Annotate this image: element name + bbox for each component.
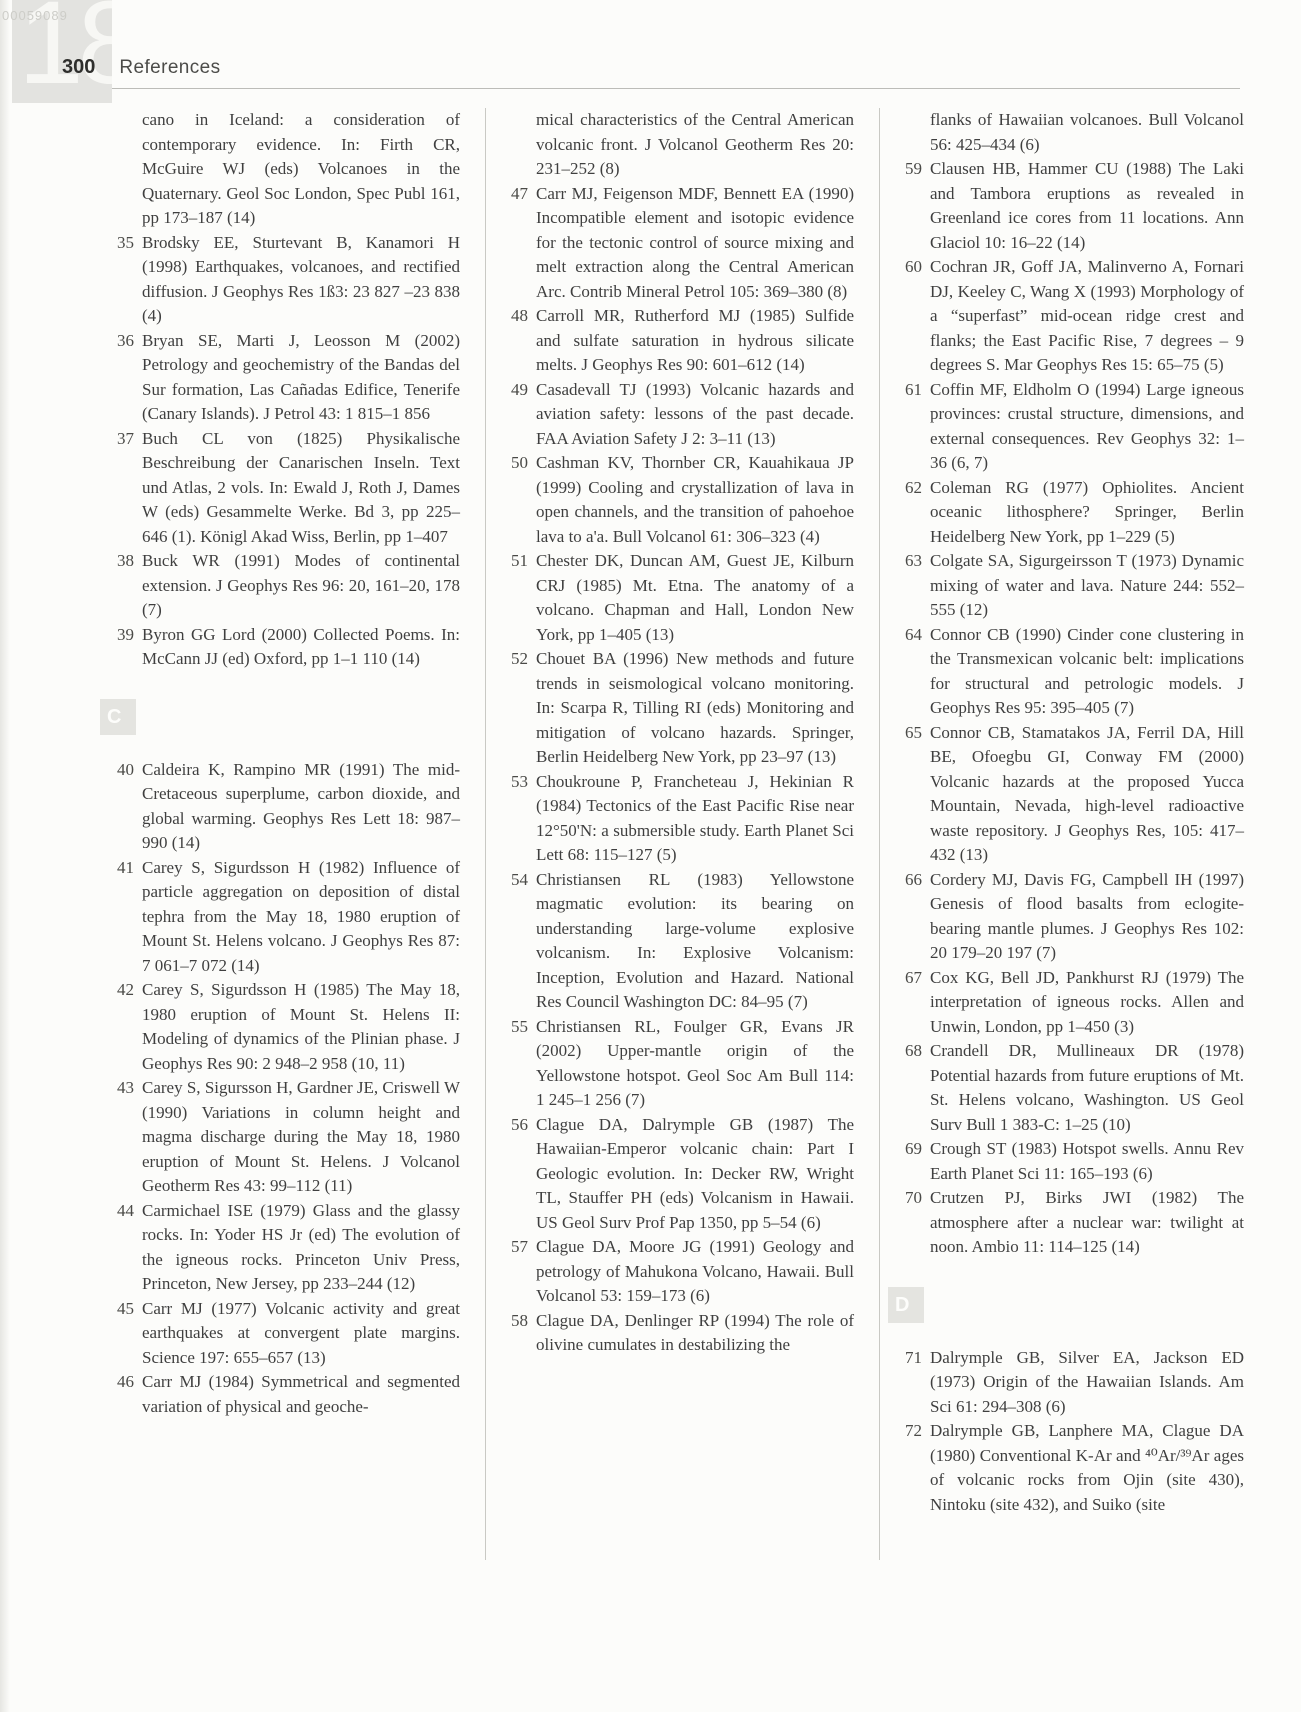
reference-text: Cochran JR, Goff JA, Malinverno A, Forna… bbox=[930, 255, 1244, 378]
page-number: 300 bbox=[62, 56, 95, 78]
reference-text: Carmichael ISE (1979) Glass and the glas… bbox=[142, 1199, 460, 1297]
reference-text: Colgate SA, Sigurgeirsson T (1973) Dynam… bbox=[930, 549, 1244, 623]
reference-number: 54 bbox=[506, 868, 536, 893]
reference-entry: 44Carmichael ISE (1979) Glass and the gl… bbox=[112, 1199, 460, 1297]
reference-text: Buch CL von (1825) Physikalische Beschre… bbox=[142, 427, 460, 550]
reference-entry: 61Coffin MF, Eldholm O (1994) Large igne… bbox=[900, 378, 1244, 476]
reference-entry: 45Carr MJ (1977) Volcanic activity and g… bbox=[112, 1297, 460, 1371]
page-header: 300References bbox=[62, 56, 221, 79]
book-page: 00059089 18 300References cano in Icelan… bbox=[0, 0, 1301, 1712]
reference-entry: 67Cox KG, Bell JD, Pankhurst RJ (1979) T… bbox=[900, 966, 1244, 1040]
reference-text: Connor CB (1990) Cinder cone clustering … bbox=[930, 623, 1244, 721]
reference-text: Chouet BA (1996) New methods and future … bbox=[536, 647, 854, 770]
reference-number: 44 bbox=[112, 1199, 142, 1224]
references-column-3: flanks of Hawaiian volcanoes. Bull Volca… bbox=[900, 108, 1244, 1517]
reference-entry: 53Choukroune P, Francheteau J, Hekinian … bbox=[506, 770, 854, 868]
reference-text: Casadevall TJ (1993) Volcanic hazards an… bbox=[536, 378, 854, 452]
reference-entry: 63Colgate SA, Sigurgeirsson T (1973) Dyn… bbox=[900, 549, 1244, 623]
reference-entry: 72Dalrymple GB, Lanphere MA, Clague DA (… bbox=[900, 1419, 1244, 1517]
reference-text: Christiansen RL, Foulger GR, Evans JR (2… bbox=[536, 1015, 854, 1113]
reference-entry: mical characteristics of the Central Ame… bbox=[506, 108, 854, 182]
reference-text: Carroll MR, Rutherford MJ (1985) Sulfide… bbox=[536, 304, 854, 378]
reference-entry: 57Clague DA, Moore JG (1991) Geology and… bbox=[506, 1235, 854, 1309]
reference-entry: 48Carroll MR, Rutherford MJ (1985) Sulfi… bbox=[506, 304, 854, 378]
reference-entry: cano in Iceland: a consideration of cont… bbox=[112, 108, 460, 231]
reference-entry: 58Clague DA, Denlinger RP (1994) The rol… bbox=[506, 1309, 854, 1358]
reference-entry: 51Chester DK, Duncan AM, Guest JE, Kilbu… bbox=[506, 549, 854, 647]
reference-entry: 54Christiansen RL (1983) Yellowstone mag… bbox=[506, 868, 854, 1015]
reference-text: Carey S, Sigurdsson H (1985) The May 18,… bbox=[142, 978, 460, 1076]
reference-text: mical characteristics of the Central Ame… bbox=[536, 108, 854, 182]
reference-entry: 56Clague DA, Dalrymple GB (1987) The Haw… bbox=[506, 1113, 854, 1236]
reference-entry: 52Chouet BA (1996) New methods and futur… bbox=[506, 647, 854, 770]
reference-entry: 55Christiansen RL, Foulger GR, Evans JR … bbox=[506, 1015, 854, 1113]
reference-entry: 40Caldeira K, Rampino MR (1991) The mid-… bbox=[112, 758, 460, 856]
reference-entry: 37Buch CL von (1825) Physikalische Besch… bbox=[112, 427, 460, 550]
reference-text: Coffin MF, Eldholm O (1994) Large igneou… bbox=[930, 378, 1244, 476]
reference-number: 65 bbox=[900, 721, 930, 746]
reference-entry: 43Carey S, Sigursson H, Gardner JE, Cris… bbox=[112, 1076, 460, 1199]
reference-text: Carr MJ, Feigenson MDF, Bennett EA (1990… bbox=[536, 182, 854, 305]
reference-number: 62 bbox=[900, 476, 930, 501]
reference-text: cano in Iceland: a consideration of cont… bbox=[142, 108, 460, 231]
reference-entry: 39Byron GG Lord (2000) Collected Poems. … bbox=[112, 623, 460, 672]
reference-number: 45 bbox=[112, 1297, 142, 1322]
reference-text: Cashman KV, Thornber CR, Kauahikaua JP (… bbox=[536, 451, 854, 549]
reference-number: 42 bbox=[112, 978, 142, 1003]
reference-number: 51 bbox=[506, 549, 536, 574]
reference-entry: 64Connor CB (1990) Cinder cone clusterin… bbox=[900, 623, 1244, 721]
reference-number: 39 bbox=[112, 623, 142, 648]
reference-entry: 41Carey S, Sigurdsson H (1982) Influence… bbox=[112, 856, 460, 979]
reference-text: Carr MJ (1984) Symmetrical and segmented… bbox=[142, 1370, 460, 1419]
reference-text: flanks of Hawaiian volcanoes. Bull Volca… bbox=[930, 108, 1244, 157]
reference-number: 46 bbox=[112, 1370, 142, 1395]
reference-entry: 65Connor CB, Stamatakos JA, Ferril DA, H… bbox=[900, 721, 1244, 868]
reference-text: Christiansen RL (1983) Yellowstone magma… bbox=[536, 868, 854, 1015]
reference-entry: 36Bryan SE, Marti J, Leosson M (2002) Pe… bbox=[112, 329, 460, 427]
reference-number: 43 bbox=[112, 1076, 142, 1101]
reference-number: 57 bbox=[506, 1235, 536, 1260]
section-marker: C bbox=[100, 699, 136, 735]
reference-text: Clague DA, Denlinger RP (1994) The role … bbox=[536, 1309, 854, 1358]
reference-number: 64 bbox=[900, 623, 930, 648]
reference-entry: 60Cochran JR, Goff JA, Malinverno A, For… bbox=[900, 255, 1244, 378]
reference-number: 55 bbox=[506, 1015, 536, 1040]
reference-entry: 62Coleman RG (1977) Ophiolites. Ancient … bbox=[900, 476, 1244, 550]
reference-text: Chester DK, Duncan AM, Guest JE, Kilburn… bbox=[536, 549, 854, 647]
reference-number: 63 bbox=[900, 549, 930, 574]
reference-number: 35 bbox=[112, 231, 142, 256]
reference-text: Brodsky EE, Sturtevant B, Kanamori H (19… bbox=[142, 231, 460, 329]
reference-number: 66 bbox=[900, 868, 930, 893]
reference-number: 61 bbox=[900, 378, 930, 403]
reference-number: 38 bbox=[112, 549, 142, 574]
reference-number: 67 bbox=[900, 966, 930, 991]
reference-number: 53 bbox=[506, 770, 536, 795]
reference-text: Crutzen PJ, Birks JWI (1982) The atmosph… bbox=[930, 1186, 1244, 1260]
reference-number: 56 bbox=[506, 1113, 536, 1138]
reference-entry: 46Carr MJ (1984) Symmetrical and segment… bbox=[112, 1370, 460, 1419]
reference-text: Carey S, Sigursson H, Gardner JE, Criswe… bbox=[142, 1076, 460, 1199]
reference-number: 48 bbox=[506, 304, 536, 329]
reference-number: 60 bbox=[900, 255, 930, 280]
reference-number: 40 bbox=[112, 758, 142, 783]
reference-number: 52 bbox=[506, 647, 536, 672]
reference-entry: flanks of Hawaiian volcanoes. Bull Volca… bbox=[900, 108, 1244, 157]
reference-number: 69 bbox=[900, 1137, 930, 1162]
reference-text: Bryan SE, Marti J, Leosson M (2002) Petr… bbox=[142, 329, 460, 427]
reference-entry: 70Crutzen PJ, Birks JWI (1982) The atmos… bbox=[900, 1186, 1244, 1260]
scan-edge-artifact bbox=[0, 0, 10, 1712]
reference-entry: 50Cashman KV, Thornber CR, Kauahikaua JP… bbox=[506, 451, 854, 549]
reference-entry: 42Carey S, Sigurdsson H (1985) The May 1… bbox=[112, 978, 460, 1076]
reference-entry: 69Crough ST (1983) Hotspot swells. Annu … bbox=[900, 1137, 1244, 1186]
reference-number: 50 bbox=[506, 451, 536, 476]
reference-number: 41 bbox=[112, 856, 142, 881]
reference-number: 49 bbox=[506, 378, 536, 403]
column-divider-right bbox=[879, 108, 880, 1560]
section-marker: D bbox=[888, 1287, 924, 1323]
section-letter: D bbox=[888, 1287, 924, 1323]
reference-entry: 38Buck WR (1991) Modes of continental ex… bbox=[112, 549, 460, 623]
reference-text: Cox KG, Bell JD, Pankhurst RJ (1979) The… bbox=[930, 966, 1244, 1040]
reference-text: Coleman RG (1977) Ophiolites. Ancient oc… bbox=[930, 476, 1244, 550]
reference-text: Dalrymple GB, Lanphere MA, Clague DA (19… bbox=[930, 1419, 1244, 1517]
reference-number: 59 bbox=[900, 157, 930, 182]
reference-entry: 68Crandell DR, Mullineaux DR (1978) Pote… bbox=[900, 1039, 1244, 1137]
reference-text: Connor CB, Stamatakos JA, Ferril DA, Hil… bbox=[930, 721, 1244, 868]
reference-number: 36 bbox=[112, 329, 142, 354]
references-column-2: mical characteristics of the Central Ame… bbox=[506, 108, 854, 1358]
reference-number: 58 bbox=[506, 1309, 536, 1334]
reference-text: Buck WR (1991) Modes of continental exte… bbox=[142, 549, 460, 623]
section-letter: C bbox=[100, 699, 136, 735]
reference-entry: 47Carr MJ, Feigenson MDF, Bennett EA (19… bbox=[506, 182, 854, 305]
reference-entry: 35Brodsky EE, Sturtevant B, Kanamori H (… bbox=[112, 231, 460, 329]
reference-number: 47 bbox=[506, 182, 536, 207]
scan-number: 00059089 bbox=[2, 8, 68, 23]
reference-entry: 66Cordery MJ, Davis FG, Campbell IH (199… bbox=[900, 868, 1244, 966]
reference-text: Cordery MJ, Davis FG, Campbell IH (1997)… bbox=[930, 868, 1244, 966]
reference-text: Byron GG Lord (2000) Collected Poems. In… bbox=[142, 623, 460, 672]
reference-number: 71 bbox=[900, 1346, 930, 1371]
reference-text: Crandell DR, Mullineaux DR (1978) Potent… bbox=[930, 1039, 1244, 1137]
reference-number: 72 bbox=[900, 1419, 930, 1444]
reference-text: Clausen HB, Hammer CU (1988) The Laki an… bbox=[930, 157, 1244, 255]
reference-number: 70 bbox=[900, 1186, 930, 1211]
header-rule bbox=[112, 88, 1240, 89]
references-column-1: cano in Iceland: a consideration of cont… bbox=[112, 108, 460, 1419]
reference-text: Crough ST (1983) Hotspot swells. Annu Re… bbox=[930, 1137, 1244, 1186]
reference-text: Clague DA, Dalrymple GB (1987) The Hawai… bbox=[536, 1113, 854, 1236]
reference-text: Dalrymple GB, Silver EA, Jackson ED (197… bbox=[930, 1346, 1244, 1420]
reference-text: Carr MJ (1977) Volcanic activity and gre… bbox=[142, 1297, 460, 1371]
column-divider-left bbox=[485, 108, 486, 1560]
reference-entry: 49Casadevall TJ (1993) Volcanic hazards … bbox=[506, 378, 854, 452]
header-title: References bbox=[119, 57, 220, 78]
reference-text: Carey S, Sigurdsson H (1982) Influence o… bbox=[142, 856, 460, 979]
reference-text: Clague DA, Moore JG (1991) Geology and p… bbox=[536, 1235, 854, 1309]
reference-number: 68 bbox=[900, 1039, 930, 1064]
reference-text: Choukroune P, Francheteau J, Hekinian R … bbox=[536, 770, 854, 868]
reference-entry: 59Clausen HB, Hammer CU (1988) The Laki … bbox=[900, 157, 1244, 255]
reference-text: Caldeira K, Rampino MR (1991) The mid-Cr… bbox=[142, 758, 460, 856]
reference-entry: 71Dalrymple GB, Silver EA, Jackson ED (1… bbox=[900, 1346, 1244, 1420]
reference-number: 37 bbox=[112, 427, 142, 452]
